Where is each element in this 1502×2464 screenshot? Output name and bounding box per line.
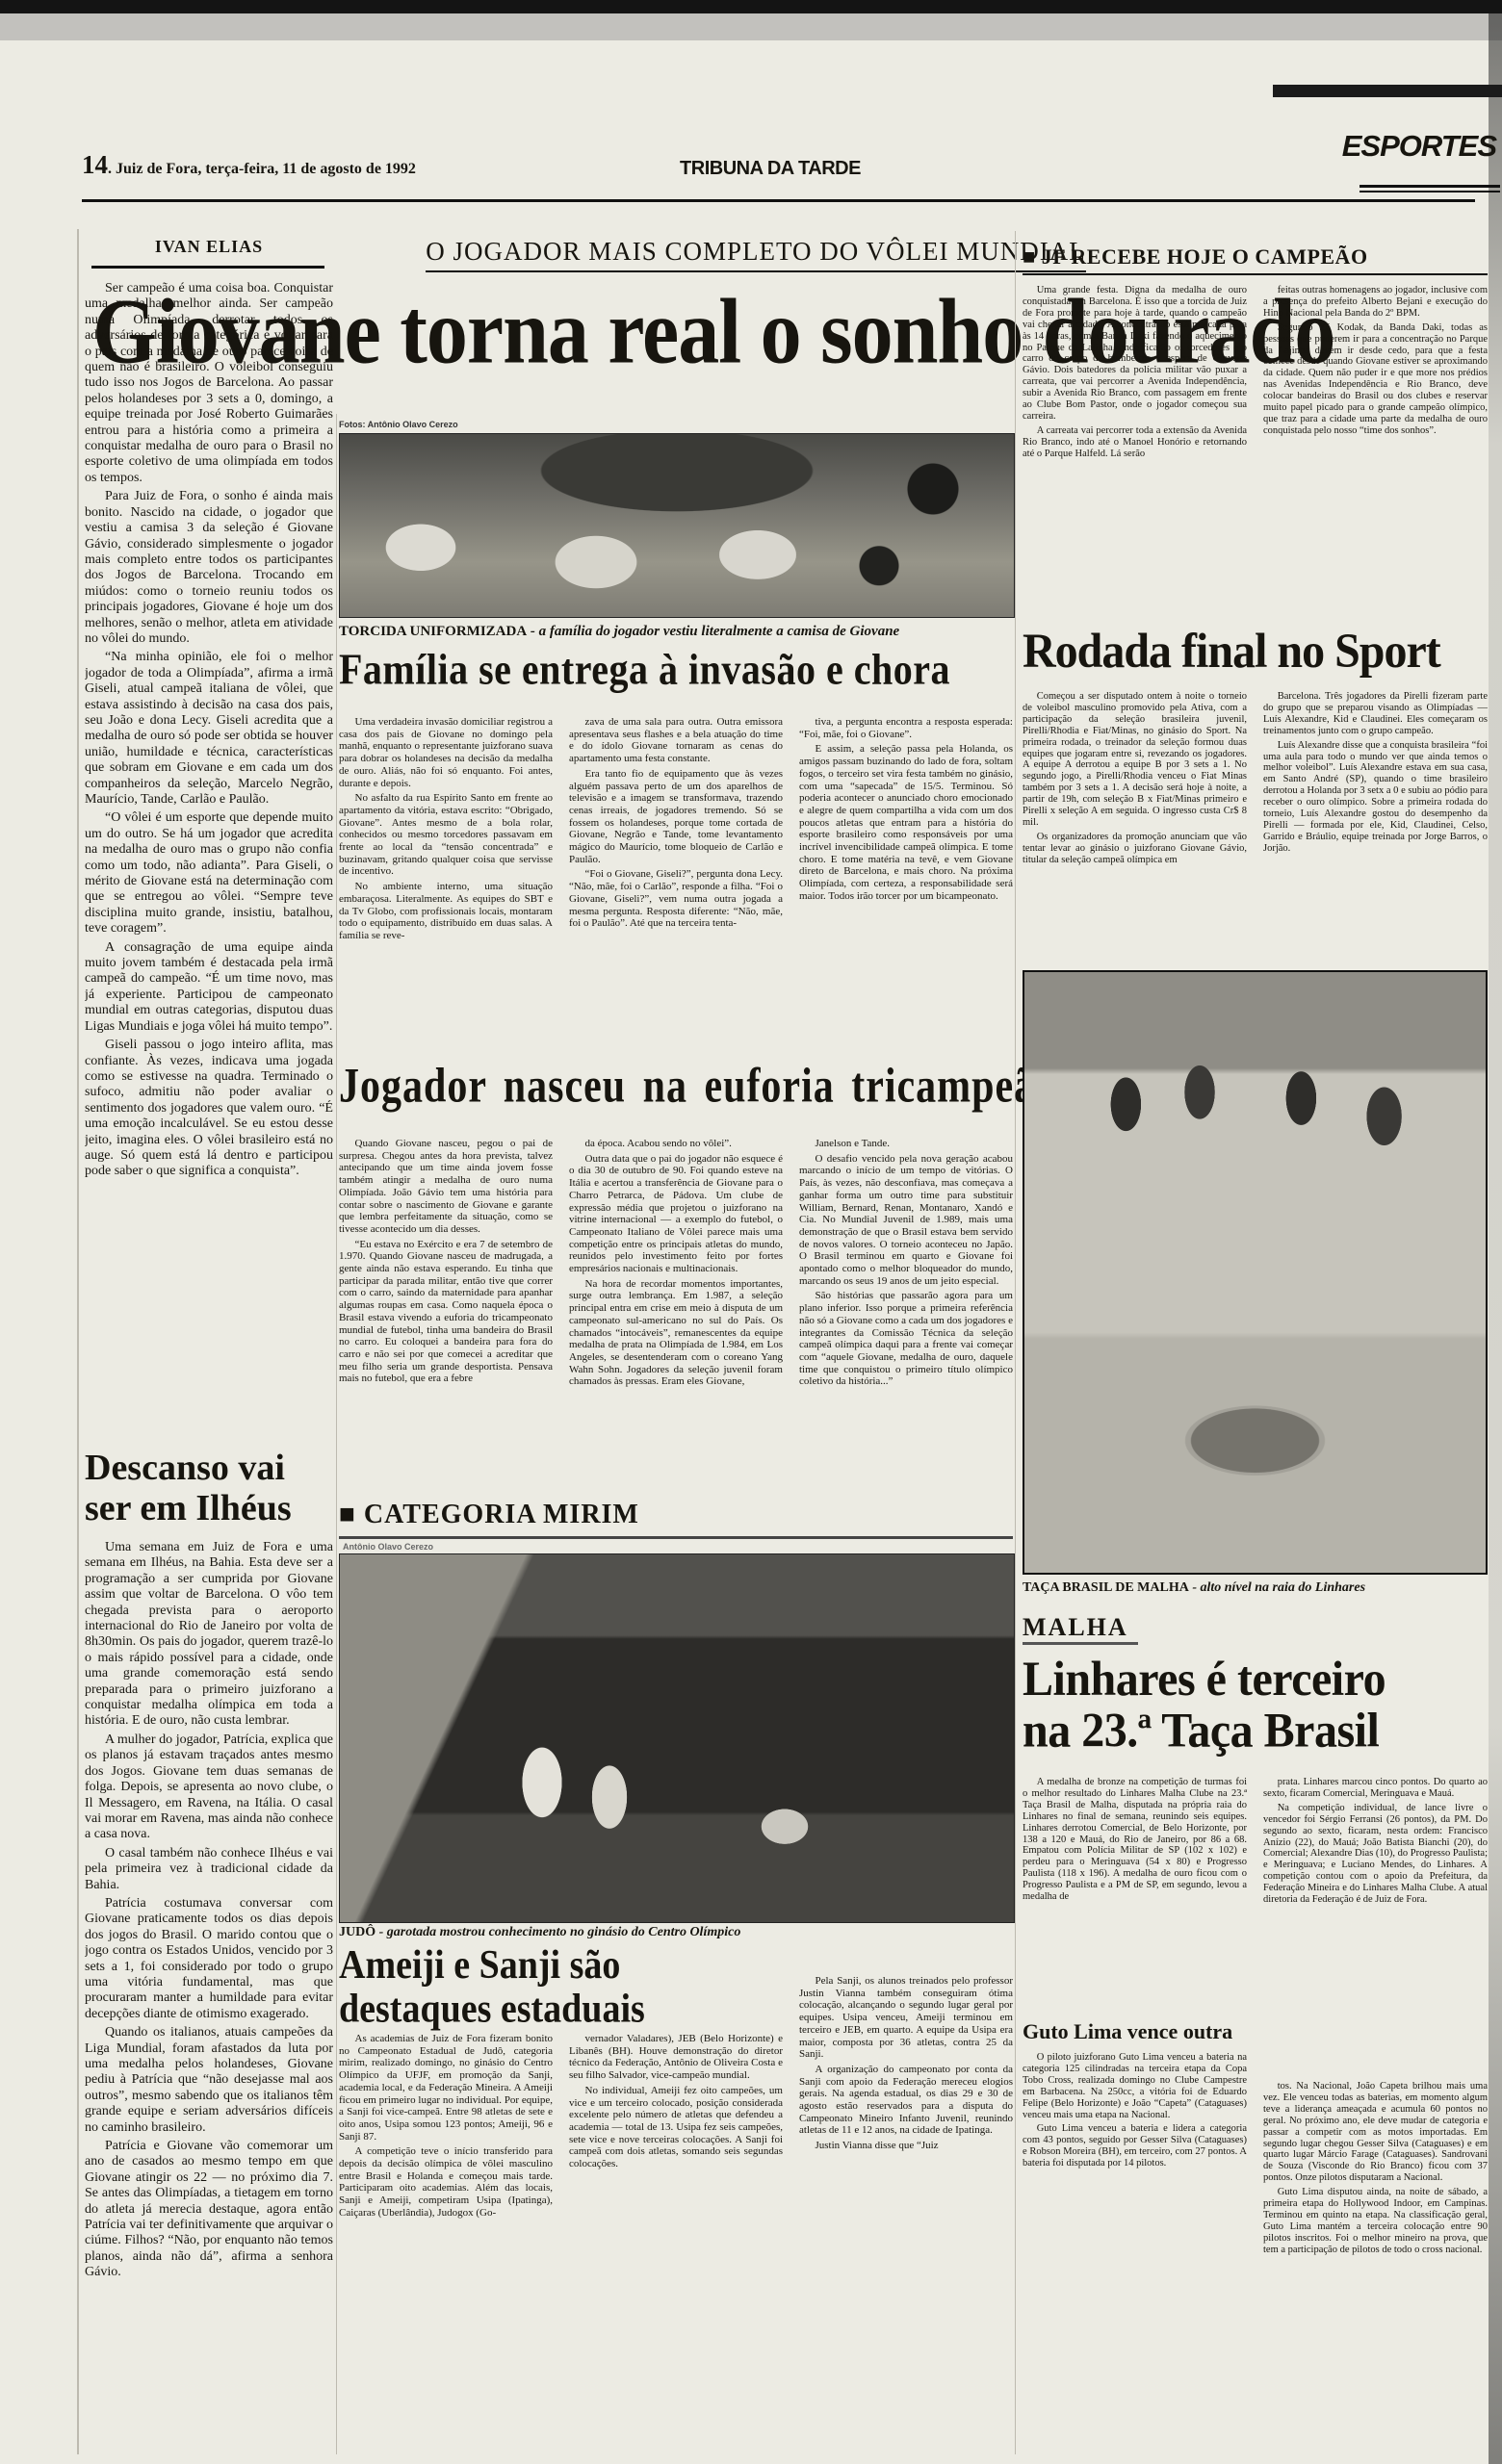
jf-header-rule: [1023, 273, 1488, 275]
rodada-col2: Barcelona. Três jogadores da Pirelli fiz…: [1263, 691, 1488, 964]
guto-col2: tos. Na Nacional, João Capeta brilhou ma…: [1263, 2081, 1488, 2456]
rodada-col1: Começou a ser disputado ontem à noite o …: [1023, 691, 1247, 964]
malha-label-rule: [1023, 1642, 1138, 1645]
section-label: ESPORTES: [1342, 129, 1496, 164]
paragraph: A competição teve o início transferido p…: [339, 2145, 553, 2219]
familia-headline: Família se entrega à invasão e chora: [339, 643, 1013, 695]
paragraph: A consagração de uma equipe ainda muito …: [85, 940, 333, 1035]
paragraph: tos. Na Nacional, João Capeta brilhou ma…: [1263, 2081, 1488, 2184]
guto-headline: Guto Lima vence outra: [1023, 2019, 1254, 2044]
byline: IVAN ELIAS: [85, 237, 333, 257]
paragraph: Segundo Zé Kodak, da Banda Daki, todas a…: [1263, 322, 1488, 437]
paragraph: Giseli passou o jogo inteiro aflita, mas…: [85, 1038, 333, 1180]
paragraph: Justin Vianna disse que “Juiz: [799, 2140, 1013, 2152]
paragraph: São histórias que passarão agora para um…: [799, 1290, 1013, 1388]
byline-rule: [91, 266, 324, 269]
paragraph: Pela Sanji, os alunos treinados pelo pro…: [799, 1975, 1013, 2061]
paragraph: Para Juiz de Fora, o sonho é ainda mais …: [85, 489, 333, 647]
ameiji-headline: Ameiji e Sanji são destaques estaduais: [339, 1944, 791, 2031]
descanso-headline: Descanso vai ser em Ilhéus: [85, 1448, 333, 1528]
paragraph: Quando Giovane nasceu, pegou o pai de su…: [339, 1138, 553, 1236]
paragraph: No asfalto da rua Espírito Santo em fren…: [339, 792, 553, 878]
column-rule-left: [336, 414, 337, 2454]
newspaper-page: 14. Juiz de Fora, terça-feira, 11 de ago…: [0, 0, 1502, 2464]
dateline: 14. Juiz de Fora, terça-feira, 11 de ago…: [82, 150, 416, 180]
paragraph: A organização do campeonato por conta da…: [799, 2064, 1013, 2137]
judo-photo: [339, 1553, 1015, 1923]
paragraph: feitas outras homenagens ao jogador, inc…: [1263, 285, 1488, 320]
linhares-col1: A medalha de bronze na competição de tur…: [1023, 1777, 1247, 2014]
paragraph: Uma semana em Juiz de Fora e uma semana …: [85, 1540, 333, 1730]
jf-recebe-header: ■ JF RECEBE HOJE O CAMPEÃO: [1023, 244, 1488, 269]
column-rule-right: [1015, 231, 1016, 2454]
jogador-col1: Quando Giovane nasceu, pegou o pai de su…: [339, 1138, 553, 1496]
paragraph: Patrícia e Giovane vão comemorar um ano …: [85, 2139, 333, 2281]
familia-col3: tiva, a pergunta encontra a resposta esp…: [799, 716, 1013, 1057]
lead-article-text: Ser campeão é uma coisa boa. Conquistar …: [85, 281, 333, 1444]
malha-photo: [1023, 970, 1488, 1575]
scan-right-edge: [1489, 0, 1502, 2464]
paragraph: A mulher do jogador, Patrícia, explica q…: [85, 1732, 333, 1843]
linhares-col2: prata. Linhares marcou cinco pontos. Do …: [1263, 1777, 1488, 2075]
familia-col1: Uma verdadeira invasão domiciliar regist…: [339, 716, 553, 1057]
paragraph: Na competição individual, de lance livre…: [1263, 1803, 1488, 1906]
paragraph: Guto Lima venceu a bateria e lidera a ca…: [1023, 2123, 1247, 2169]
paragraph: Outra data que o pai do jogador não esqu…: [569, 1153, 783, 1275]
paragraph: “Foi o Giovane, Giseli?”, pergunta dona …: [569, 868, 783, 930]
judo-photo-caption: JUDÔ - garotada mostrou conhecimento no …: [339, 1925, 1013, 1940]
section-underline-2: [1360, 191, 1500, 192]
paragraph: Na hora de recordar momentos importantes…: [569, 1278, 783, 1388]
paragraph: Quando os italianos, atuais campeões da …: [85, 2025, 333, 2136]
familia-col2: zava de uma sala para outra. Outra emiss…: [569, 716, 783, 1057]
caption-rest: - a família do jogador vestiu literalmen…: [527, 624, 899, 639]
paragraph: Era tanto fio de equipamento que às veze…: [569, 768, 783, 866]
paragraph: Os organizadores da promoção anunciam qu…: [1023, 832, 1247, 866]
ameiji-col1: As academias de Juiz de Fora fizeram bon…: [339, 2033, 553, 2456]
paragraph: A carreata vai percorrer toda a extensão…: [1023, 425, 1247, 460]
caption-lead: TORCIDA UNIFORMIZADA: [339, 624, 527, 639]
paragraph: Começou a ser disputado ontem à noite o …: [1023, 691, 1247, 829]
paragraph: E assim, a seleção passa pela Holanda, o…: [799, 743, 1013, 902]
paragraph: Janelson e Tande.: [799, 1138, 1013, 1150]
ameiji-col3: Pela Sanji, os alunos treinados pelo pro…: [799, 1975, 1013, 2456]
crowd-photo: [339, 433, 1015, 618]
scan-top-margin: [0, 13, 1502, 40]
paragraph: O desafio vencido pela nova geração acab…: [799, 1153, 1013, 1288]
scan-top-strip: [0, 0, 1502, 13]
paragraph: Patrícia costumava conversar com Giovane…: [85, 1896, 333, 2022]
paragraph: “Eu estava no Exército e era 7 de setemb…: [339, 1239, 553, 1385]
paragraph: Uma grande festa. Digna da medalha de ou…: [1023, 285, 1247, 423]
crowd-photo-caption: TORCIDA UNIFORMIZADA - a família do joga…: [339, 624, 1013, 640]
mirim-section-header: ■ CATEGORIA MIRIM: [339, 1500, 639, 1530]
section-top-bar: [1273, 85, 1502, 97]
paragraph: O casal também não conhece Ilhéus e vai …: [85, 1846, 333, 1893]
malha-section-label: MALHA: [1023, 1613, 1128, 1642]
paragraph: Ser campeão é uma coisa boa. Conquistar …: [85, 281, 333, 486]
paragraph: Guto Lima disputou ainda, na noite de sá…: [1263, 2187, 1488, 2255]
dateline-text: . Juiz de Fora, terça-feira, 11 de agost…: [108, 161, 416, 177]
paragraph: prata. Linhares marcou cinco pontos. Do …: [1263, 1777, 1488, 1800]
photo-credit: Fotos: Antônio Olavo Cerezo: [339, 420, 458, 429]
paragraph: A medalha de bronze na competição de tur…: [1023, 1777, 1247, 1903]
masthead: TRIBUNA DA TARDE: [597, 158, 944, 180]
paragraph: tiva, a pergunta encontra a resposta esp…: [799, 716, 1013, 740]
paragraph: vernador Valadares), JEB (Belo Horizonte…: [569, 2033, 783, 2082]
rodada-headline: Rodada final no Sport: [1023, 624, 1488, 680]
paragraph: No individual, Ameiji fez oito campeões,…: [569, 2085, 783, 2170]
paragraph: “O vôlei é um esporte que depende muito …: [85, 810, 333, 937]
paragraph: As academias de Juiz de Fora fizeram bon…: [339, 2033, 553, 2143]
header-rule: [82, 199, 1475, 202]
jf-col2: feitas outras homenagens ao jogador, inc…: [1263, 285, 1488, 620]
jf-col1: Uma grande festa. Digna da medalha de ou…: [1023, 285, 1247, 620]
section-underline-1: [1360, 185, 1500, 188]
paragraph: Uma verdadeira invasão domiciliar regist…: [339, 716, 553, 789]
bullet-icon: ■: [339, 1500, 356, 1529]
page-number: 14: [82, 150, 108, 179]
guto-col1: O piloto juizforano Guto Lima venceu a b…: [1023, 2052, 1247, 2456]
jogador-col3: Janelson e Tande.O desafio vencido pela …: [799, 1138, 1013, 1496]
descanso-text: Uma semana em Juiz de Fora e uma semana …: [85, 1540, 333, 2456]
paragraph: O piloto juizforano Guto Lima venceu a b…: [1023, 2052, 1247, 2120]
malha-photo-caption: TAÇA BRASIL DE MALHA - alto nível na rai…: [1023, 1580, 1488, 1596]
ameiji-col2: vernador Valadares), JEB (Belo Horizonte…: [569, 2033, 783, 2456]
paragraph: Luís Alexandre disse que a conquista bra…: [1263, 740, 1488, 855]
linhares-headline: Linhares é terceiro na 23.ª Taça Brasil: [1023, 1654, 1488, 1757]
left-frame-rule: [77, 229, 79, 2454]
mirim-photo-credit: Antônio Olavo Cerezo: [343, 1542, 433, 1552]
bullet-icon: ■: [1023, 244, 1036, 269]
jogador-col2: da época. Acabou sendo no vôlei”.Outra d…: [569, 1138, 783, 1496]
paragraph: da época. Acabou sendo no vôlei”.: [569, 1138, 783, 1150]
paragraph: No ambiente interno, uma situação embara…: [339, 881, 553, 942]
paragraph: “Na minha opinião, ele foi o melhor joga…: [85, 650, 333, 808]
jogador-headline: Jogador nasceu na euforia tricampeã: [339, 1059, 1013, 1115]
mirim-header-rule: [339, 1536, 1013, 1539]
paragraph: Barcelona. Três jogadores da Pirelli fiz…: [1263, 691, 1488, 737]
paragraph: zava de uma sala para outra. Outra emiss…: [569, 716, 783, 765]
